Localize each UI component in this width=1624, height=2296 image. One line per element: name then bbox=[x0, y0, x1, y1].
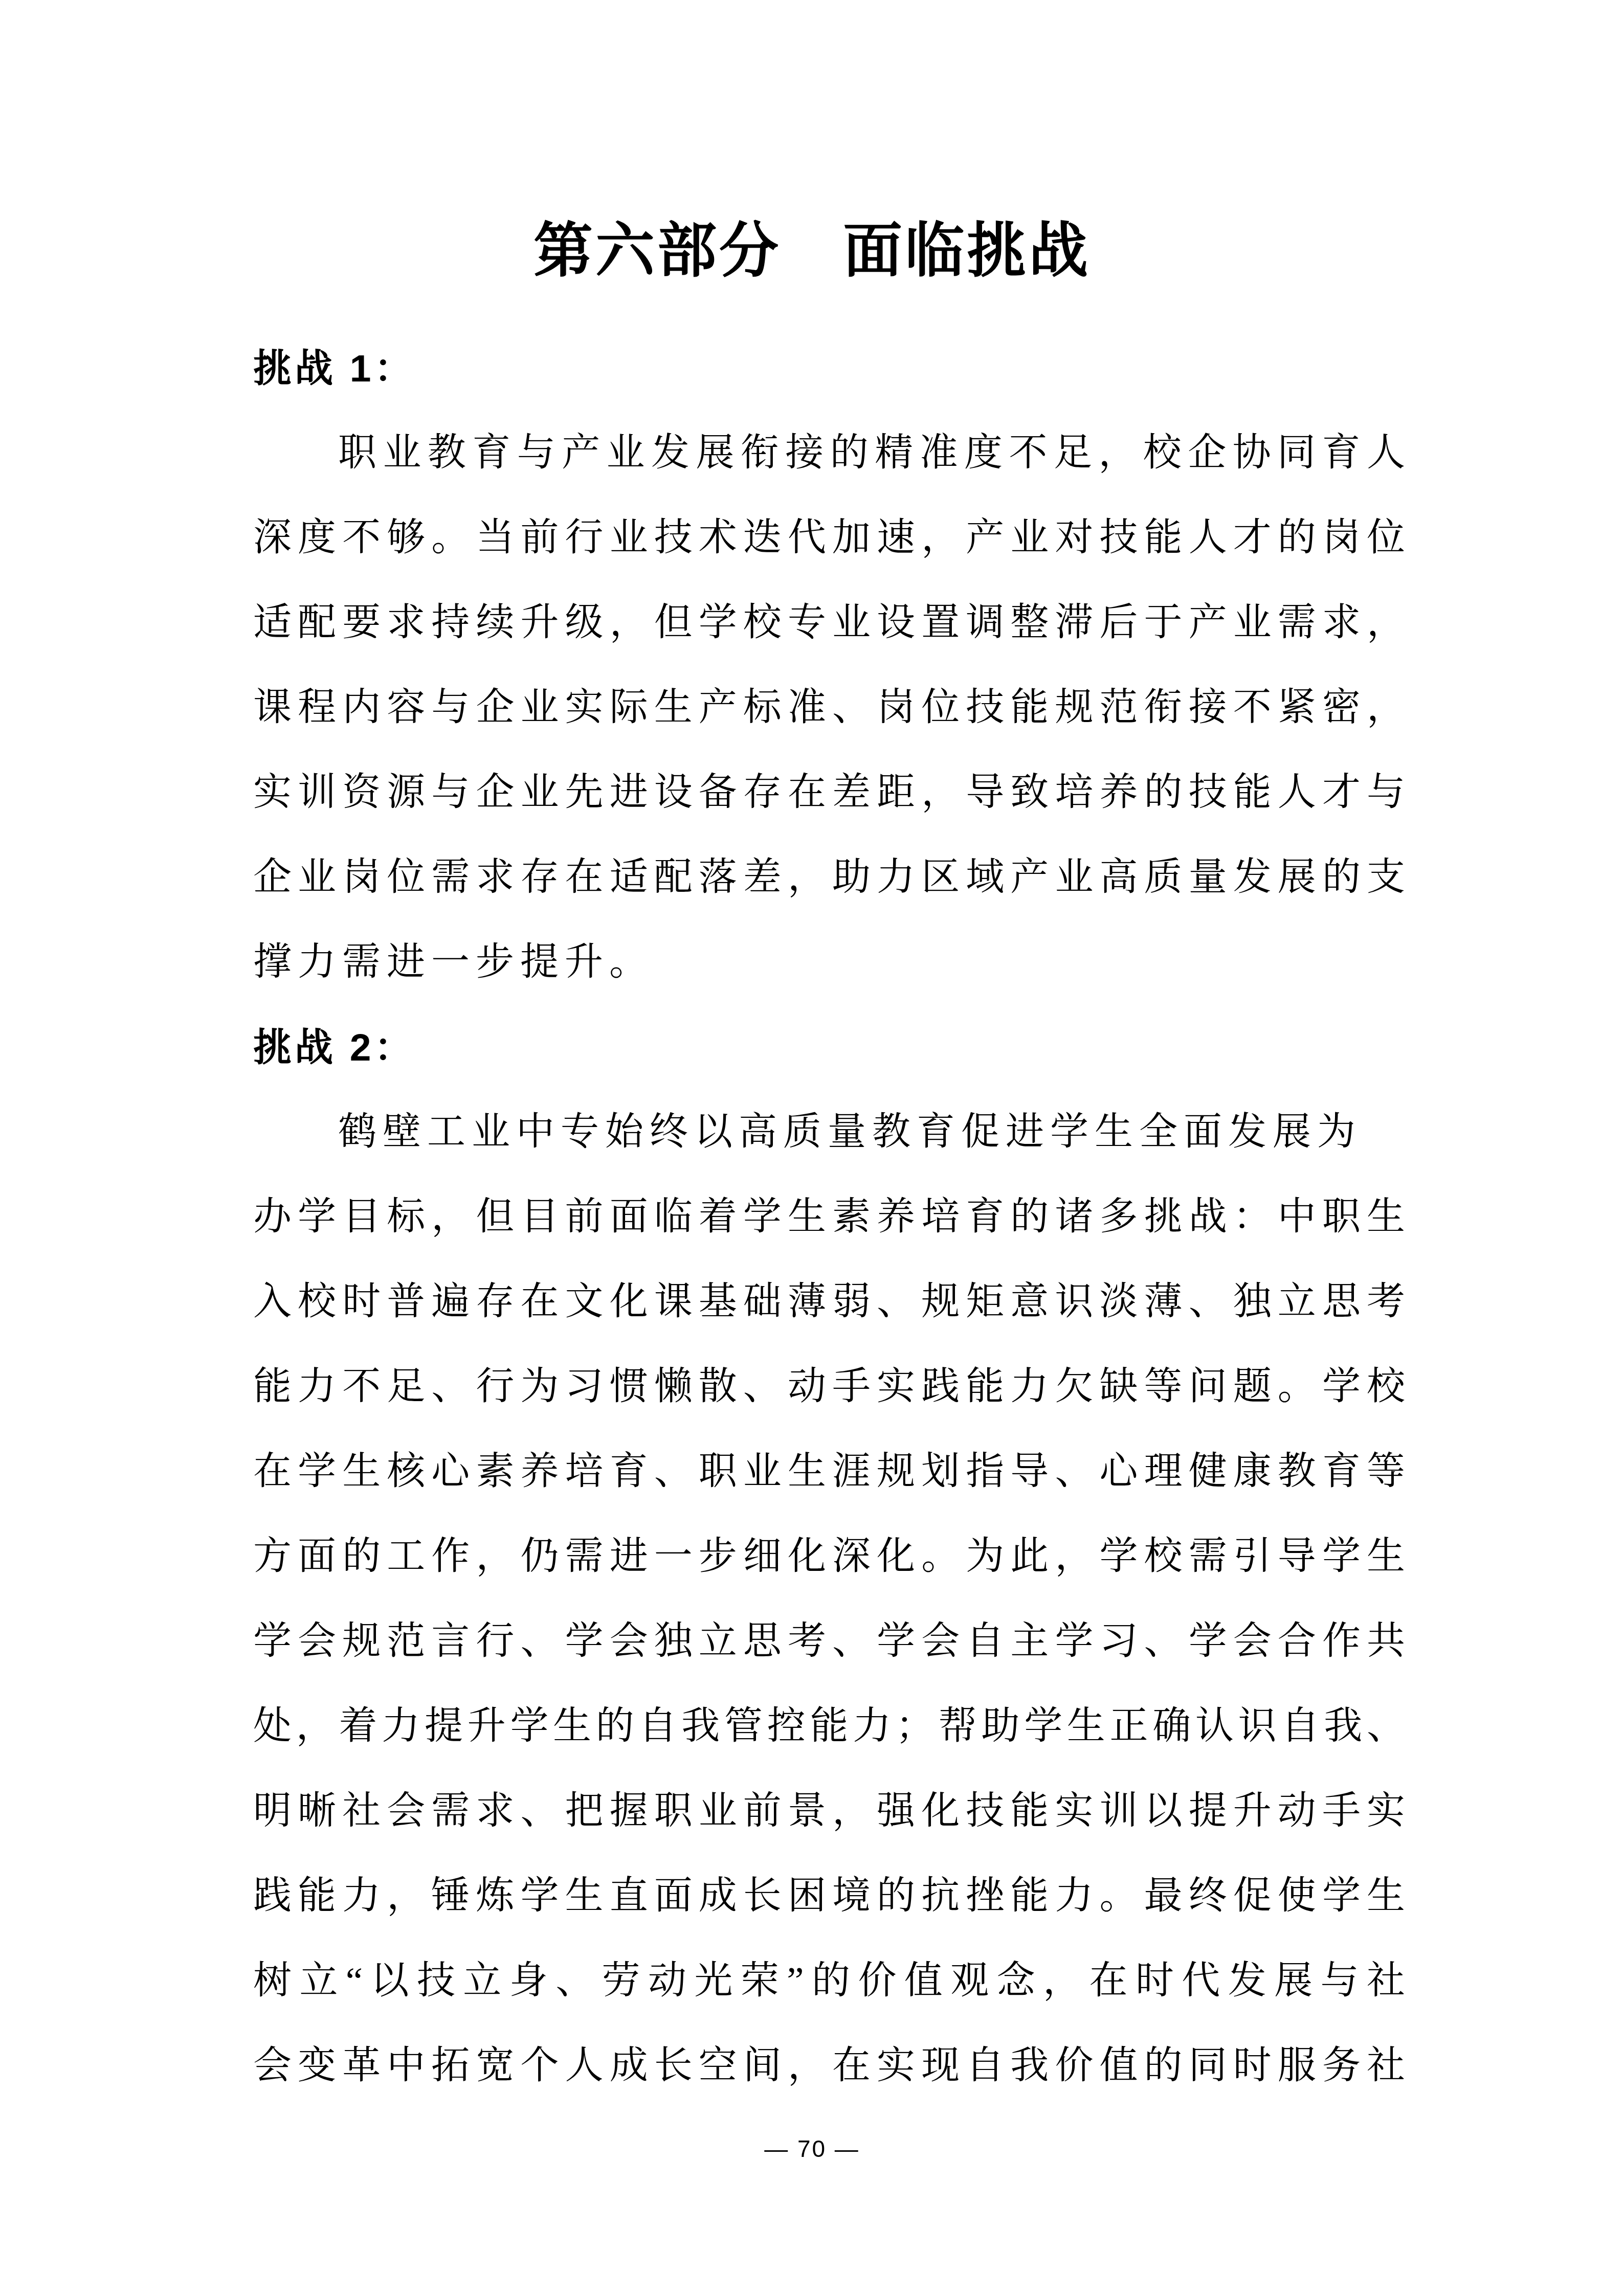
body-line: 方面的工作，仍需进一步细化深化。为此，学校需引导学生 bbox=[253, 1514, 1409, 1599]
body-line: 深度不够。当前行业技术迭代加速，产业对技能人才的岗位 bbox=[253, 496, 1409, 580]
body-line: 会变革中拓宽个人成长空间，在实现自我价值的同时服务社 bbox=[253, 2023, 1409, 2108]
challenge-heading-2: 挑战 2： bbox=[253, 1005, 1409, 1090]
body-line: 适配要求持续升级，但学校专业设置调整滞后于产业需求， bbox=[253, 580, 1409, 665]
body-line: 树立“以技立身、劳动光荣”的价值观念，在时代发展与社 bbox=[253, 1939, 1409, 2023]
page-number: — 70 — bbox=[0, 2135, 1624, 2163]
document-body: 挑战 1：职业教育与产业发展衔接的精准度不足，校企协同育人深度不够。当前行业技术… bbox=[253, 326, 1409, 2108]
body-line: 鹤壁工业中专始终以高质量教育促进学生全面发展为 bbox=[253, 1090, 1409, 1175]
body-line: 践能力，锤炼学生直面成长困境的抗挫能力。最终促使学生 bbox=[253, 1854, 1409, 1939]
body-line: 撑力需进一步提升。 bbox=[253, 920, 1409, 1005]
body-line: 实训资源与企业先进设备存在差距，导致培养的技能人才与 bbox=[253, 750, 1409, 835]
body-line: 能力不足、行为习惯懒散、动手实践能力欠缺等问题。学校 bbox=[253, 1344, 1409, 1429]
body-line: 在学生核心素养培育、职业生涯规划指导、心理健康教育等 bbox=[253, 1429, 1409, 1514]
body-line: 入校时普遍存在文化课基础薄弱、规矩意识淡薄、独立思考 bbox=[253, 1259, 1409, 1344]
body-line: 职业教育与产业发展衔接的精准度不足，校企协同育人 bbox=[253, 411, 1409, 496]
challenge-heading-1: 挑战 1： bbox=[253, 326, 1409, 411]
body-line: 学会规范言行、学会独立思考、学会自主学习、学会合作共 bbox=[253, 1599, 1409, 1684]
document-page: 第六部分 面临挑战 挑战 1：职业教育与产业发展衔接的精准度不足，校企协同育人深… bbox=[0, 0, 1624, 2296]
body-line: 明晰社会需求、把握职业前景，强化技能实训以提升动手实 bbox=[253, 1769, 1409, 1854]
page-title: 第六部分 面临挑战 bbox=[0, 215, 1624, 289]
body-line: 企业岗位需求存在适配落差，助力区域产业高质量发展的支 bbox=[253, 835, 1409, 920]
body-line: 处，着力提升学生的自我管控能力；帮助学生正确认识自我、 bbox=[253, 1684, 1409, 1769]
body-line: 课程内容与企业实际生产标准、岗位技能规范衔接不紧密， bbox=[253, 665, 1409, 750]
body-line: 办学目标，但目前面临着学生素养培育的诸多挑战：中职生 bbox=[253, 1175, 1409, 1259]
